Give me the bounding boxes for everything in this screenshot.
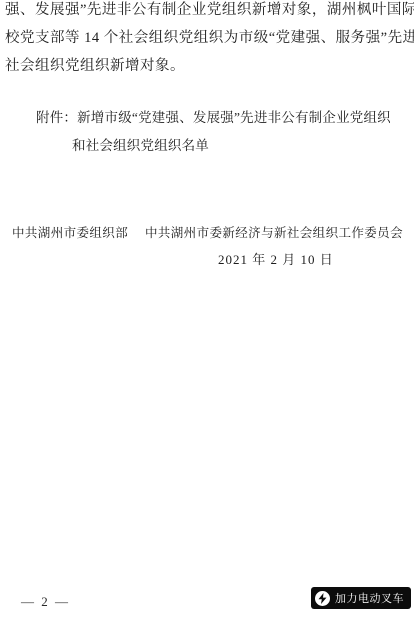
body-text-line-3: 社会组织党组织新增对象。 [5, 52, 411, 80]
document-page: 强、发展强”先进非公有制企业党组织新增对象，湖州枫叶国际学 校党支部等 14 个… [0, 0, 414, 618]
signature-date: 2021 年 2 月 10 日 [218, 249, 334, 268]
body-text-line-2: 校党支部等 14 个社会组织党组织为市级“党建强、服务强”先进 [5, 24, 411, 52]
lightning-circle-icon [315, 591, 330, 606]
watermark-text: 加力电动叉车 [335, 590, 404, 606]
attachment-line-1: 附件：新增市级“党建强、发展强”先进非公有制企业党组织 [36, 104, 391, 132]
body-paragraph: 强、发展强”先进非公有制企业党组织新增对象，湖州枫叶国际学 校党支部等 14 个… [5, 0, 411, 80]
attachment-line-2: 和社会组织党组织名单 [36, 132, 391, 160]
attachment-note: 附件：新增市级“党建强、发展强”先进非公有制企业党组织 和社会组织党组织名单 [36, 104, 391, 160]
signature-row: 中共湖州市委组织部 中共湖州市委新经济与新社会组织工作委员会 [12, 223, 403, 241]
page-number: — 2 — [21, 594, 70, 610]
signature-org-left: 中共湖州市委组织部 [12, 223, 128, 241]
body-text-line-1: 强、发展强”先进非公有制企业党组织新增对象，湖州枫叶国际学 [5, 0, 411, 24]
signature-org-right: 中共湖州市委新经济与新社会组织工作委员会 [145, 223, 403, 241]
watermark-badge: 加力电动叉车 [311, 587, 411, 609]
